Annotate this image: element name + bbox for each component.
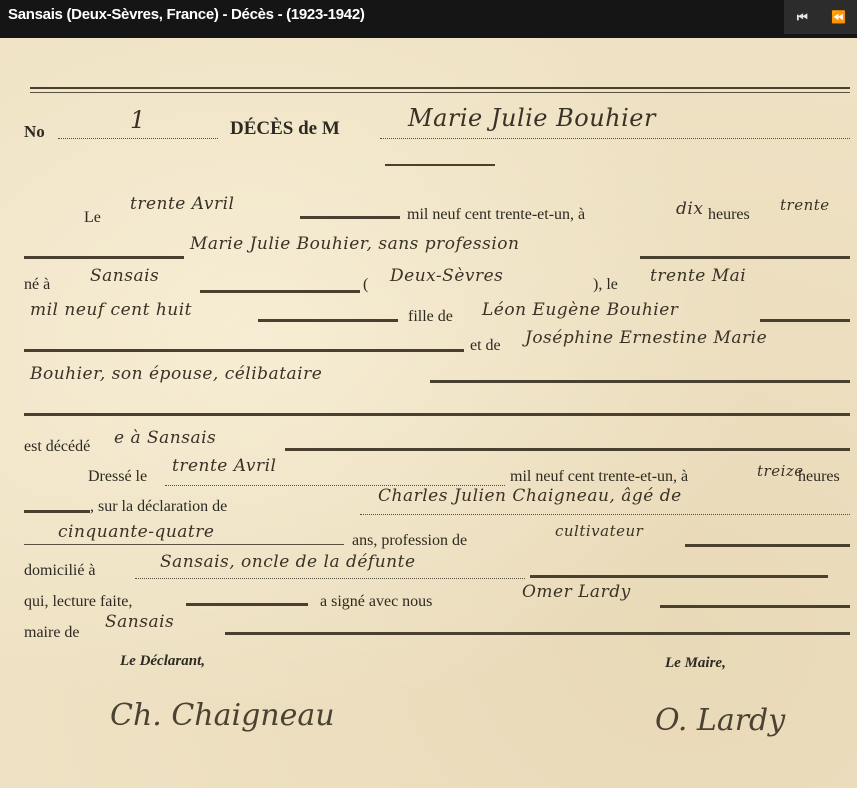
fils-label: fille de xyxy=(408,308,453,326)
rewind-icon[interactable]: ⏪ xyxy=(824,10,854,24)
decede-label: est décédé xyxy=(24,438,90,456)
commune: Sansais xyxy=(105,612,174,632)
signe-label: a signé avec nous xyxy=(320,593,432,611)
le2-label: ), le xyxy=(593,276,618,294)
declaration-label: , sur la déclaration de xyxy=(90,498,227,516)
act-number: 1 xyxy=(130,106,146,134)
document-image[interactable]: No 1 DÉCÈS de M Marie Julie Bouhier Le t… xyxy=(0,38,857,788)
deceased-name: Marie Julie Bouhier xyxy=(408,104,656,132)
death-hour: dix xyxy=(676,199,703,219)
fill-rule xyxy=(530,575,828,578)
declarant-signature-label: Le Déclarant, xyxy=(120,653,205,670)
deces-label: DÉCÈS de M xyxy=(230,118,340,140)
fill-rule xyxy=(760,319,850,322)
fill-rule xyxy=(640,256,850,259)
fill-rule xyxy=(186,603,308,606)
mother-name-part2: Bouhier, son épouse, célibataire xyxy=(30,364,322,384)
fill-rule xyxy=(660,605,850,608)
act-hour: treize xyxy=(757,462,804,480)
domicile: Sansais, oncle de la défunte xyxy=(160,552,416,572)
etde-label: et de xyxy=(470,337,501,355)
profession: cultivateur xyxy=(555,522,643,540)
maire-label: maire de xyxy=(24,624,80,642)
fill-rule xyxy=(24,544,344,545)
fill-rule xyxy=(225,632,850,635)
fill-rule xyxy=(258,319,398,322)
heures-label: heures xyxy=(708,206,750,224)
father-name: Léon Eugène Bouhier xyxy=(482,300,678,320)
navigation-controls: ⏮ ⏪ xyxy=(784,0,857,34)
year-text: mil neuf cent trente-et-un, à xyxy=(407,206,585,224)
fill-rule xyxy=(24,256,184,259)
dotted-line xyxy=(58,138,218,139)
fill-rule xyxy=(24,349,464,352)
dotted-line xyxy=(380,138,850,139)
header-rule-thin xyxy=(30,92,850,93)
fill-rule xyxy=(285,448,850,451)
act-date: trente Avril xyxy=(172,456,276,476)
fill-rule xyxy=(24,413,850,416)
death-date: trente Avril xyxy=(130,194,234,214)
number-label: No xyxy=(24,122,45,142)
birth-date: trente Mai xyxy=(650,266,746,286)
act-year-text: mil neuf cent trente-et-un, à xyxy=(510,468,688,486)
maire-signature: O. Lardy xyxy=(655,703,785,738)
birth-year: mil neuf cent huit xyxy=(30,300,192,320)
fill-rule xyxy=(430,380,850,383)
declarant-signature: Ch. Chaigneau xyxy=(110,698,335,733)
maire-signature-label: Le Maire, xyxy=(665,655,726,672)
dresse-label: Dressé le xyxy=(88,468,147,486)
le-label: Le xyxy=(84,209,101,227)
identity: Marie Julie Bouhier, sans profession xyxy=(190,234,519,254)
fill-rule xyxy=(200,290,360,293)
fill-rule xyxy=(300,216,400,219)
fill-rule xyxy=(24,510,90,513)
nea-label: né à xyxy=(24,276,50,294)
lecture-label: qui, lecture faite, xyxy=(24,593,132,611)
domicile-label: domicilié à xyxy=(24,562,96,580)
title-bar: Sansais (Deux-Sèvres, France) - Décès - … xyxy=(0,0,857,38)
declarant-name: Charles Julien Chaigneau, âgé de xyxy=(378,486,682,506)
header-rule xyxy=(30,87,850,89)
act-heures-label: heures xyxy=(798,468,840,486)
mayor-name: Omer Lardy xyxy=(522,582,631,602)
fill-rule xyxy=(685,544,850,547)
dotted-line xyxy=(135,578,525,579)
declarant-age: cinquante-quatre xyxy=(58,522,214,542)
birth-department: Deux-Sèvres xyxy=(390,266,503,286)
death-minutes: trente xyxy=(780,196,830,214)
death-place: e à Sansais xyxy=(114,428,216,448)
ans-label: ans, profession de xyxy=(352,532,467,550)
dotted-line xyxy=(360,514,850,515)
birth-place: Sansais xyxy=(90,266,159,286)
mother-name-part1: Joséphine Ernestine Marie xyxy=(525,328,767,348)
page-title: Sansais (Deux-Sèvres, France) - Décès - … xyxy=(8,0,365,30)
skip-to-first-icon[interactable]: ⏮ xyxy=(787,10,817,25)
short-rule xyxy=(385,164,495,166)
